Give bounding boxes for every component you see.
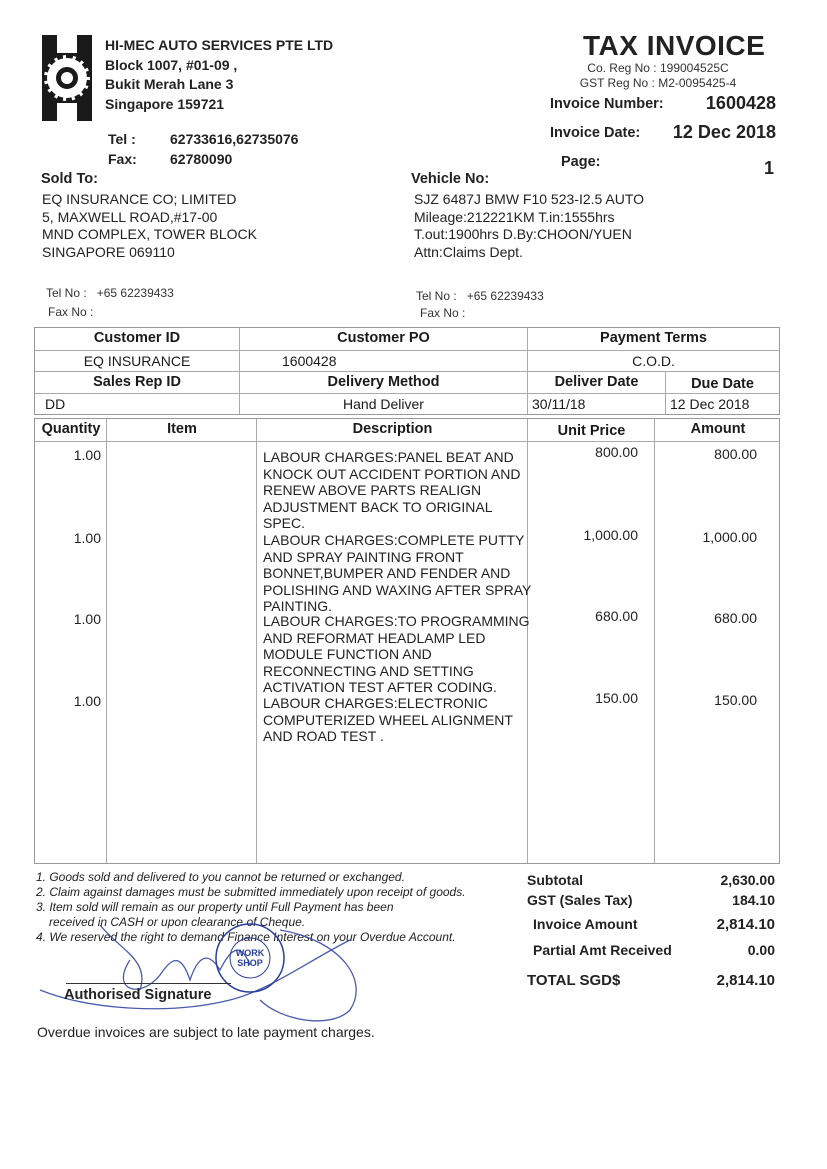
company-tel: 62733616,62735076 bbox=[170, 131, 298, 147]
invoice-number: 1600428 bbox=[660, 93, 776, 114]
address-line: EQ INSURANCE CO; LIMITED bbox=[42, 191, 257, 209]
company-contact: Tel :62733616,62735076 Fax:62780090 bbox=[108, 129, 298, 169]
tel-label: Tel : bbox=[108, 129, 170, 149]
authorised-signature-label: Authorised Signature bbox=[64, 987, 211, 1003]
fax-label: Fax: bbox=[108, 149, 170, 169]
company-stamp-icon: WORK SHOP bbox=[216, 924, 284, 992]
overdue-note: Overdue invoices are subject to late pay… bbox=[37, 1024, 375, 1040]
item-unit-price: 800.00 bbox=[528, 444, 638, 460]
payment-terms-value: C.O.D. bbox=[528, 351, 779, 371]
item-quantity: 1.00 bbox=[35, 530, 101, 546]
due-date-value: 12 Dec 2018 bbox=[666, 394, 779, 414]
sold-to-tel: Tel No : +65 62239433 bbox=[46, 286, 174, 300]
sold-to-fax-label: Fax No : bbox=[48, 305, 93, 319]
gst-value: 184.10 bbox=[732, 892, 775, 916]
term-line: 1. Goods sold and delivered to you canno… bbox=[36, 870, 466, 885]
delivery-method-value: Hand Deliver bbox=[240, 394, 528, 414]
item-quantity: 1.00 bbox=[35, 611, 101, 627]
item-header: Item bbox=[107, 421, 257, 437]
total-label: TOTAL SGD$ bbox=[527, 972, 620, 996]
invoice-date-label: Invoice Date: bbox=[550, 125, 640, 141]
vehicle-line: Attn:Claims Dept. bbox=[414, 244, 644, 262]
invoice-date: 12 Dec 2018 bbox=[650, 122, 776, 143]
invoice-amount-label: Invoice Amount bbox=[533, 916, 638, 942]
item-description: LABOUR CHARGES:TO PROGRAMMING AND REFORM… bbox=[263, 613, 533, 696]
sales-rep-header: Sales Rep ID bbox=[35, 372, 240, 393]
item-description: LABOUR CHARGES:ELECTRONIC COMPUTERIZED W… bbox=[263, 695, 533, 745]
sold-to-heading: Sold To: bbox=[41, 171, 98, 187]
quantity-header: Quantity bbox=[35, 421, 107, 437]
order-info-table: Customer ID Customer PO Payment Terms EQ… bbox=[34, 327, 780, 415]
address-line: 5, MAXWELL ROAD,#17-00 bbox=[42, 209, 257, 227]
vehicle-heading: Vehicle No: bbox=[411, 171, 489, 187]
delivery-method-header: Delivery Method bbox=[240, 372, 528, 393]
customer-po-value: 1600428 bbox=[240, 351, 528, 371]
signature-line bbox=[66, 983, 231, 984]
company-address-line: Singapore 159721 bbox=[105, 95, 333, 115]
unit-price-header: Unit Price bbox=[528, 423, 655, 439]
page-label: Page: bbox=[561, 154, 601, 170]
partial-received-value: 0.00 bbox=[748, 942, 775, 972]
item-amount: 150.00 bbox=[655, 692, 757, 708]
svg-text:SHOP: SHOP bbox=[237, 958, 263, 968]
partial-received-label: Partial Amt Received bbox=[533, 942, 672, 972]
gear-logo-icon bbox=[42, 35, 92, 121]
item-description: LABOUR CHARGES:COMPLETE PUTTY AND SPRAY … bbox=[263, 532, 533, 615]
total-value: 2,814.10 bbox=[717, 972, 775, 996]
item-amount: 680.00 bbox=[655, 610, 757, 626]
payment-terms-header: Payment Terms bbox=[528, 328, 779, 350]
company-address-line: Bukit Merah Lane 3 bbox=[105, 75, 333, 95]
item-unit-price: 150.00 bbox=[528, 690, 638, 706]
page-number: 1 bbox=[700, 158, 774, 179]
item-unit-price: 680.00 bbox=[528, 608, 638, 624]
item-unit-price: 1,000.00 bbox=[528, 527, 638, 543]
invoice-amount-value: 2,814.10 bbox=[717, 916, 775, 942]
customer-id-header: Customer ID bbox=[35, 328, 240, 350]
address-line: MND COMPLEX, TOWER BLOCK bbox=[42, 226, 257, 244]
deliver-date-header: Deliver Date bbox=[528, 372, 666, 393]
description-header: Description bbox=[257, 421, 528, 437]
vehicle-tel: Tel No : +65 62239433 bbox=[416, 289, 544, 303]
vehicle-line: Mileage:212221KM T.in:1555hrs bbox=[414, 209, 644, 227]
company-name: HI-MEC AUTO SERVICES PTE LTD bbox=[105, 36, 333, 56]
tel-value: +65 62239433 bbox=[467, 289, 544, 303]
term-line: 2. Claim against damages must be submitt… bbox=[36, 885, 466, 900]
due-date-header: Due Date bbox=[666, 372, 779, 393]
item-amount: 1,000.00 bbox=[655, 529, 757, 545]
item-quantity: 1.00 bbox=[35, 447, 101, 463]
vehicle-line: T.out:1900hrs D.By:CHOON/YUEN bbox=[414, 226, 644, 244]
tel-label: Tel No : bbox=[416, 289, 457, 303]
invoice-number-label: Invoice Number: bbox=[550, 96, 664, 112]
document-title: TAX INVOICE bbox=[583, 30, 765, 62]
sales-rep-value: DD bbox=[35, 394, 240, 414]
customer-po-header: Customer PO bbox=[240, 328, 528, 350]
deliver-date-value: 30/11/18 bbox=[528, 394, 666, 414]
term-line: 3. Item sold will remain as our property… bbox=[36, 900, 466, 915]
tel-value: +65 62239433 bbox=[97, 286, 174, 300]
company-address-line: Block 1007, #01-09 , bbox=[105, 56, 333, 76]
item-quantity: 1.00 bbox=[35, 693, 101, 709]
address-line: SINGAPORE 069110 bbox=[42, 244, 257, 262]
company-block: HI-MEC AUTO SERVICES PTE LTD Block 1007,… bbox=[105, 36, 333, 114]
vehicle-line: SJZ 6487J BMW F10 523-I2.5 AUTO bbox=[414, 191, 644, 209]
tel-label: Tel No : bbox=[46, 286, 87, 300]
signature-scribble-icon: WORK SHOP bbox=[30, 920, 370, 1030]
item-amount: 800.00 bbox=[655, 446, 757, 462]
co-reg-no: Co. Reg No : 199004525C bbox=[558, 61, 758, 75]
amount-header: Amount bbox=[655, 421, 781, 437]
svg-text:WORK: WORK bbox=[236, 948, 265, 958]
sold-to-address: EQ INSURANCE CO; LIMITED 5, MAXWELL ROAD… bbox=[42, 191, 257, 261]
gst-label: GST (Sales Tax) bbox=[527, 892, 633, 916]
subtotal-value: 2,630.00 bbox=[721, 872, 776, 892]
subtotal-label: Subtotal bbox=[527, 872, 583, 892]
line-items-table: Quantity Item Description Unit Price Amo… bbox=[34, 418, 780, 864]
vehicle-details: SJZ 6487J BMW F10 523-I2.5 AUTO Mileage:… bbox=[414, 191, 644, 261]
totals-block: Subtotal2,630.00 GST (Sales Tax)184.10 I… bbox=[527, 872, 775, 996]
vehicle-fax-label: Fax No : bbox=[420, 306, 465, 320]
item-description: LABOUR CHARGES:PANEL BEAT AND KNOCK OUT … bbox=[263, 449, 533, 532]
customer-id-value: EQ INSURANCE bbox=[35, 351, 240, 371]
gst-reg-no: GST Reg No : M2-0095425-4 bbox=[558, 76, 758, 90]
company-fax: 62780090 bbox=[170, 151, 232, 167]
